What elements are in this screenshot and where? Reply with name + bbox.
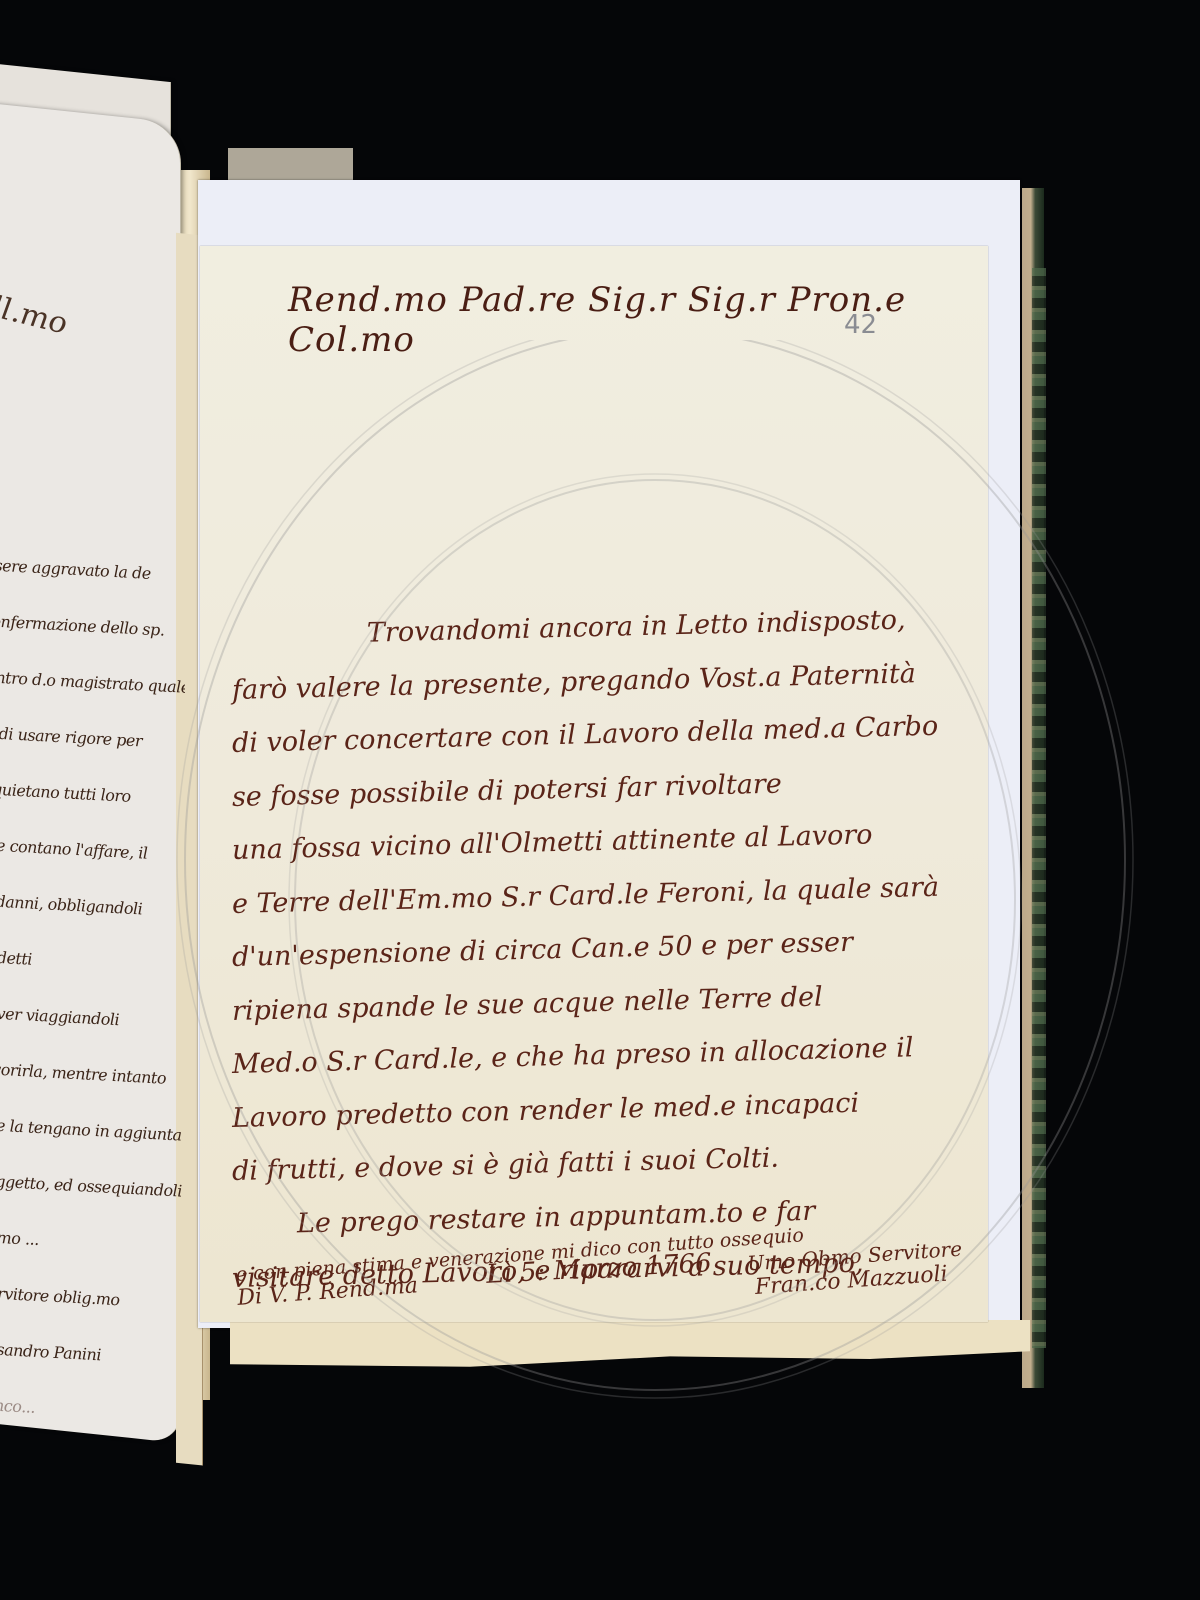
left-page-text: ...essere aggravato la de di confermazio… — [0, 536, 185, 1448]
left-page-stack: Ill.mo ...essere aggravato la de di conf… — [0, 60, 230, 1568]
left-line: ...ranco... — [0, 1376, 185, 1444]
left-line: Alessandro Panini — [0, 1320, 185, 1388]
salutation: Rend.mo Pad.re Sig.r Sig.r Pron.e Col.mo — [288, 280, 988, 360]
letter-closing: e con piena stima e venerazione mi dico … — [236, 1244, 984, 1314]
left-line: ...vi danni, obbligandoli — [0, 872, 185, 940]
left-line: ...che contano l'affare, il — [0, 816, 185, 884]
letter-sheet: Rend.mo Pad.re Sig.r Sig.r Pron.e Col.mo… — [200, 246, 988, 1322]
left-line: ...inquietano tutti loro — [0, 760, 185, 828]
underlying-sheet — [230, 1320, 1030, 1372]
left-line: ...Servitore oblig.mo — [0, 1264, 185, 1332]
photo-scene: Ill.mo ...essere aggravato la de di conf… — [0, 0, 1200, 1600]
left-line: ...contro d.o magistrato quale — [0, 648, 185, 716]
paper-stub — [228, 148, 353, 184]
book-fore-edge — [1022, 188, 1044, 1388]
left-line: ...favorirla, mentre intanto — [0, 1040, 185, 1108]
left-line: ...gi detti — [0, 928, 185, 996]
left-line: di confermazione dello sp. — [0, 592, 185, 660]
letter-body: Trovandomi ancora in Letto indisposto, f… — [232, 610, 980, 1306]
folio-number: 42 — [844, 310, 877, 340]
left-line: ...che la tengano in aggiunta — [0, 1096, 185, 1164]
left-line: ...essere aggravato la de — [0, 536, 185, 604]
left-line: ...suggetto, ed ossequiandoli — [0, 1152, 185, 1220]
left-line: ...dover viaggiandoli — [0, 984, 185, 1052]
